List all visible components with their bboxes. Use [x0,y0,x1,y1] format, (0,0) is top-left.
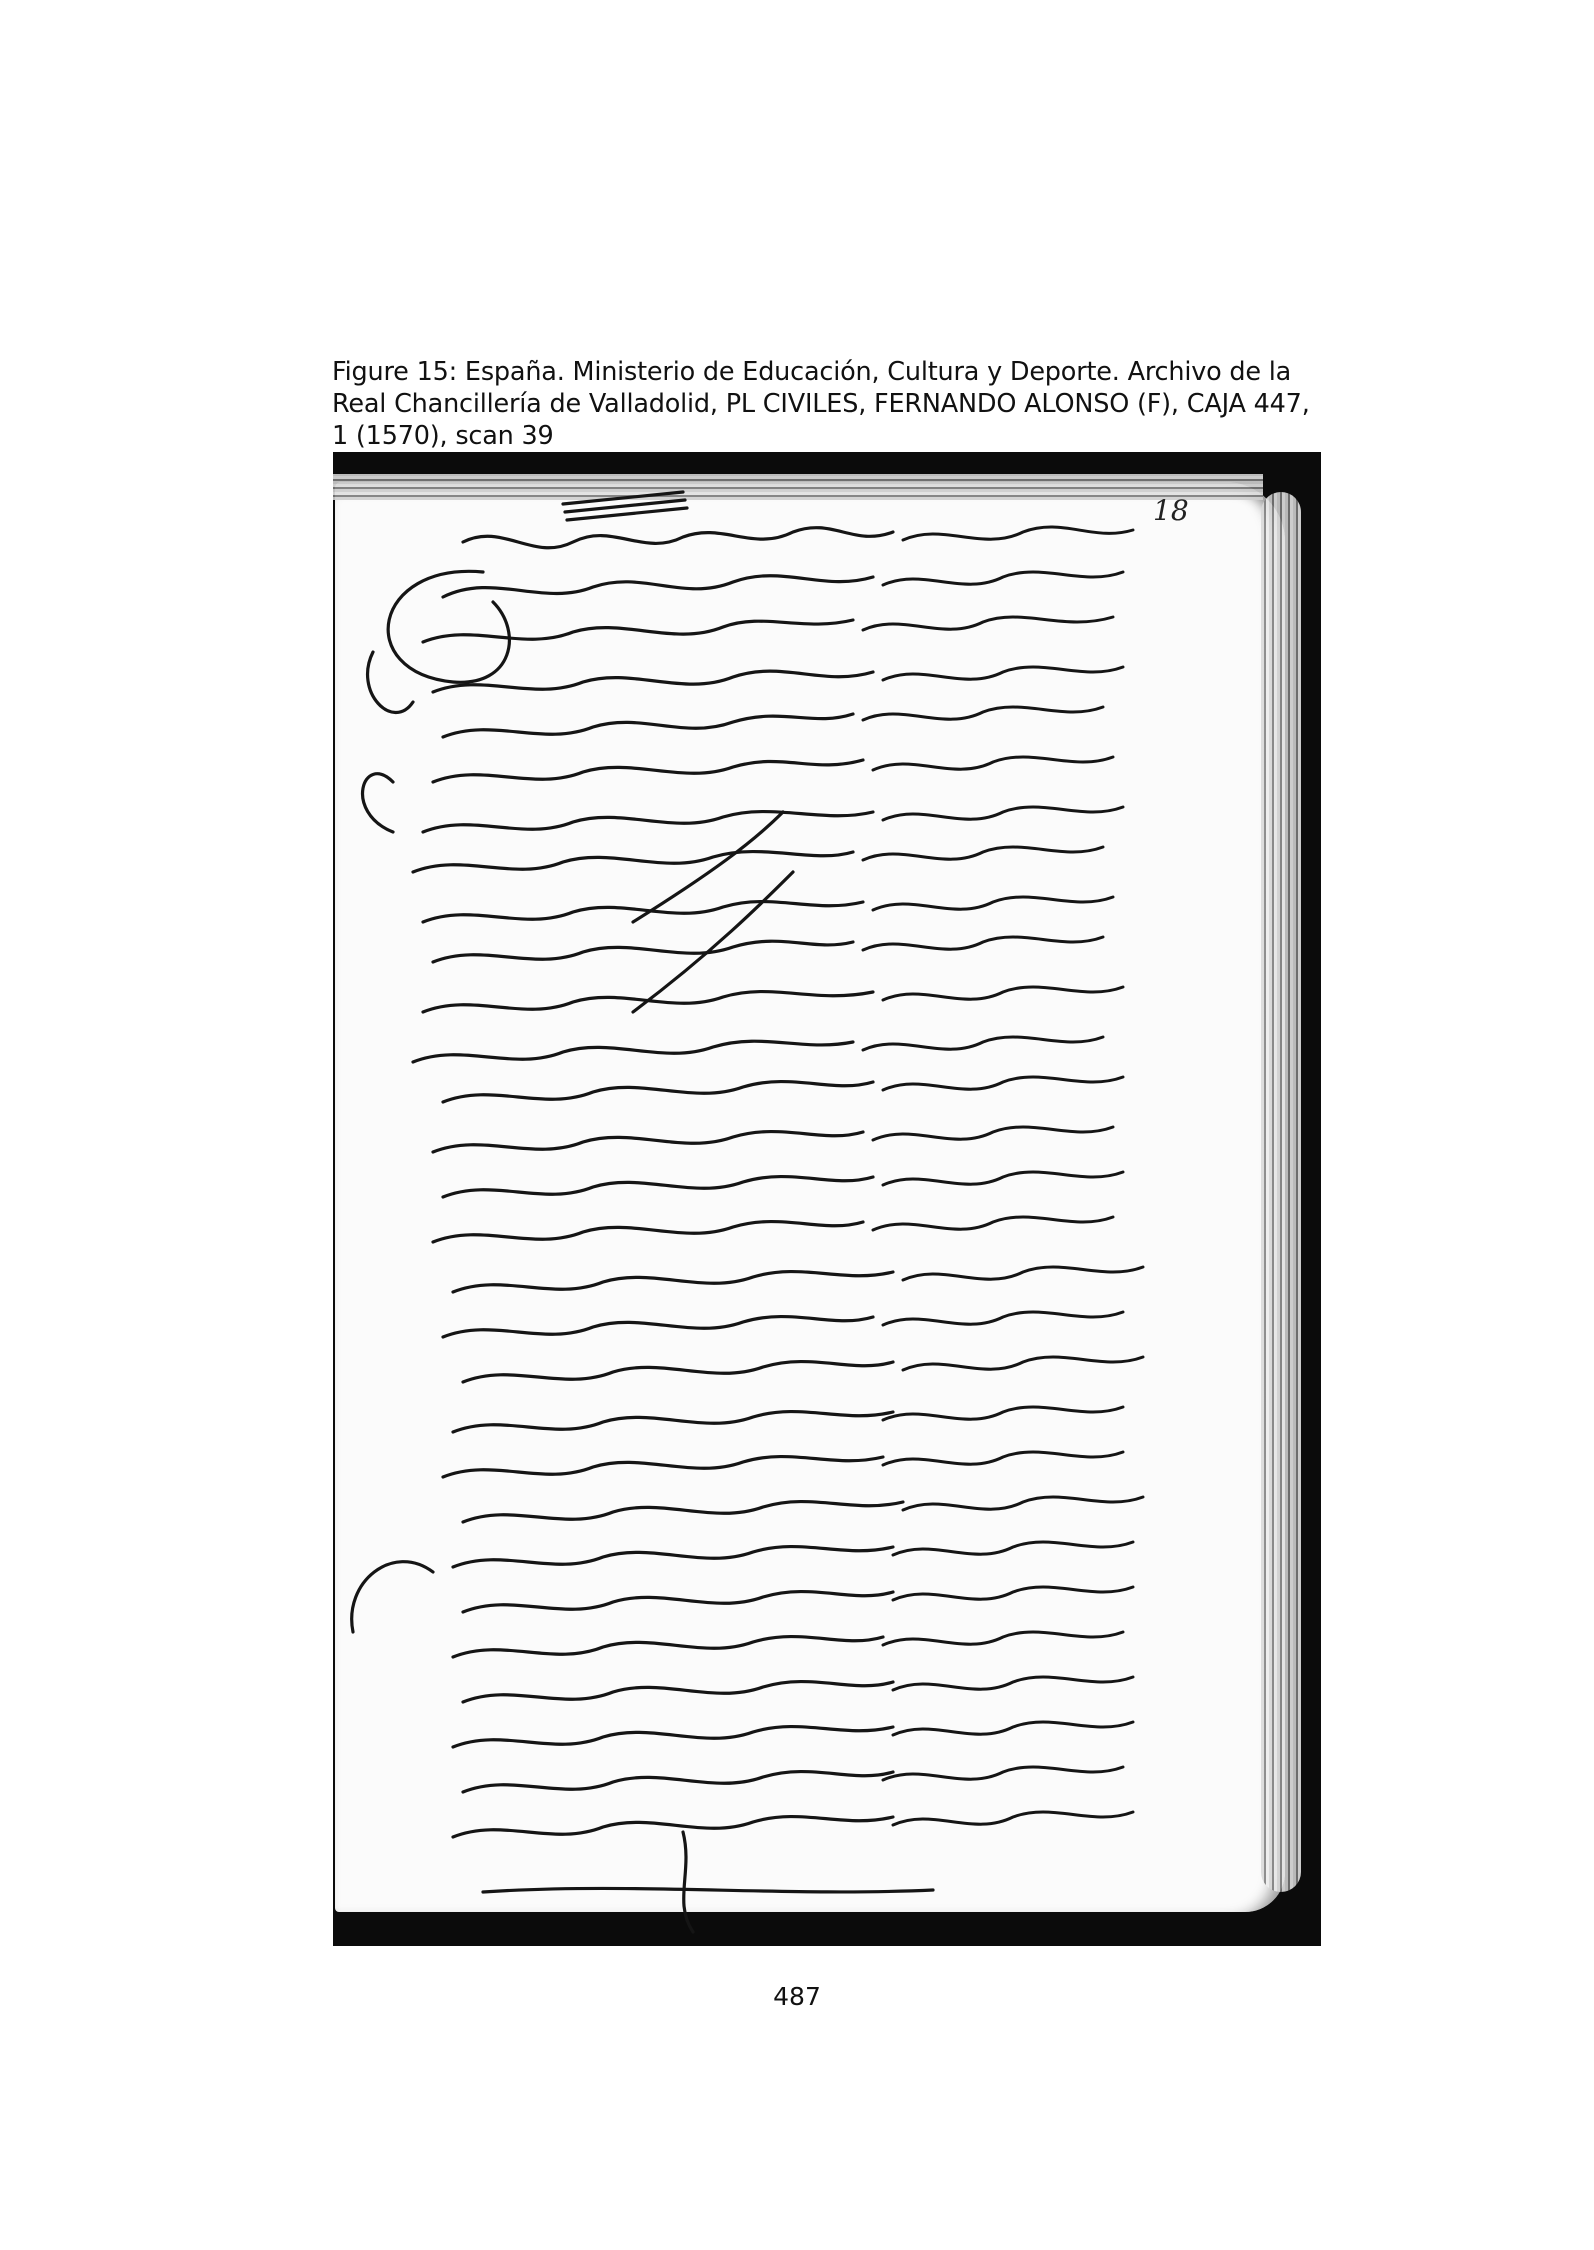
figure-caption: Figure 15: España. Ministerio de Educaci… [332,356,1322,452]
handwriting-strokes [333,452,1321,1946]
folio-number: 18 [1153,494,1189,527]
manuscript-scan-image: 18 [333,452,1321,1946]
page-number: 487 [0,1982,1594,2011]
